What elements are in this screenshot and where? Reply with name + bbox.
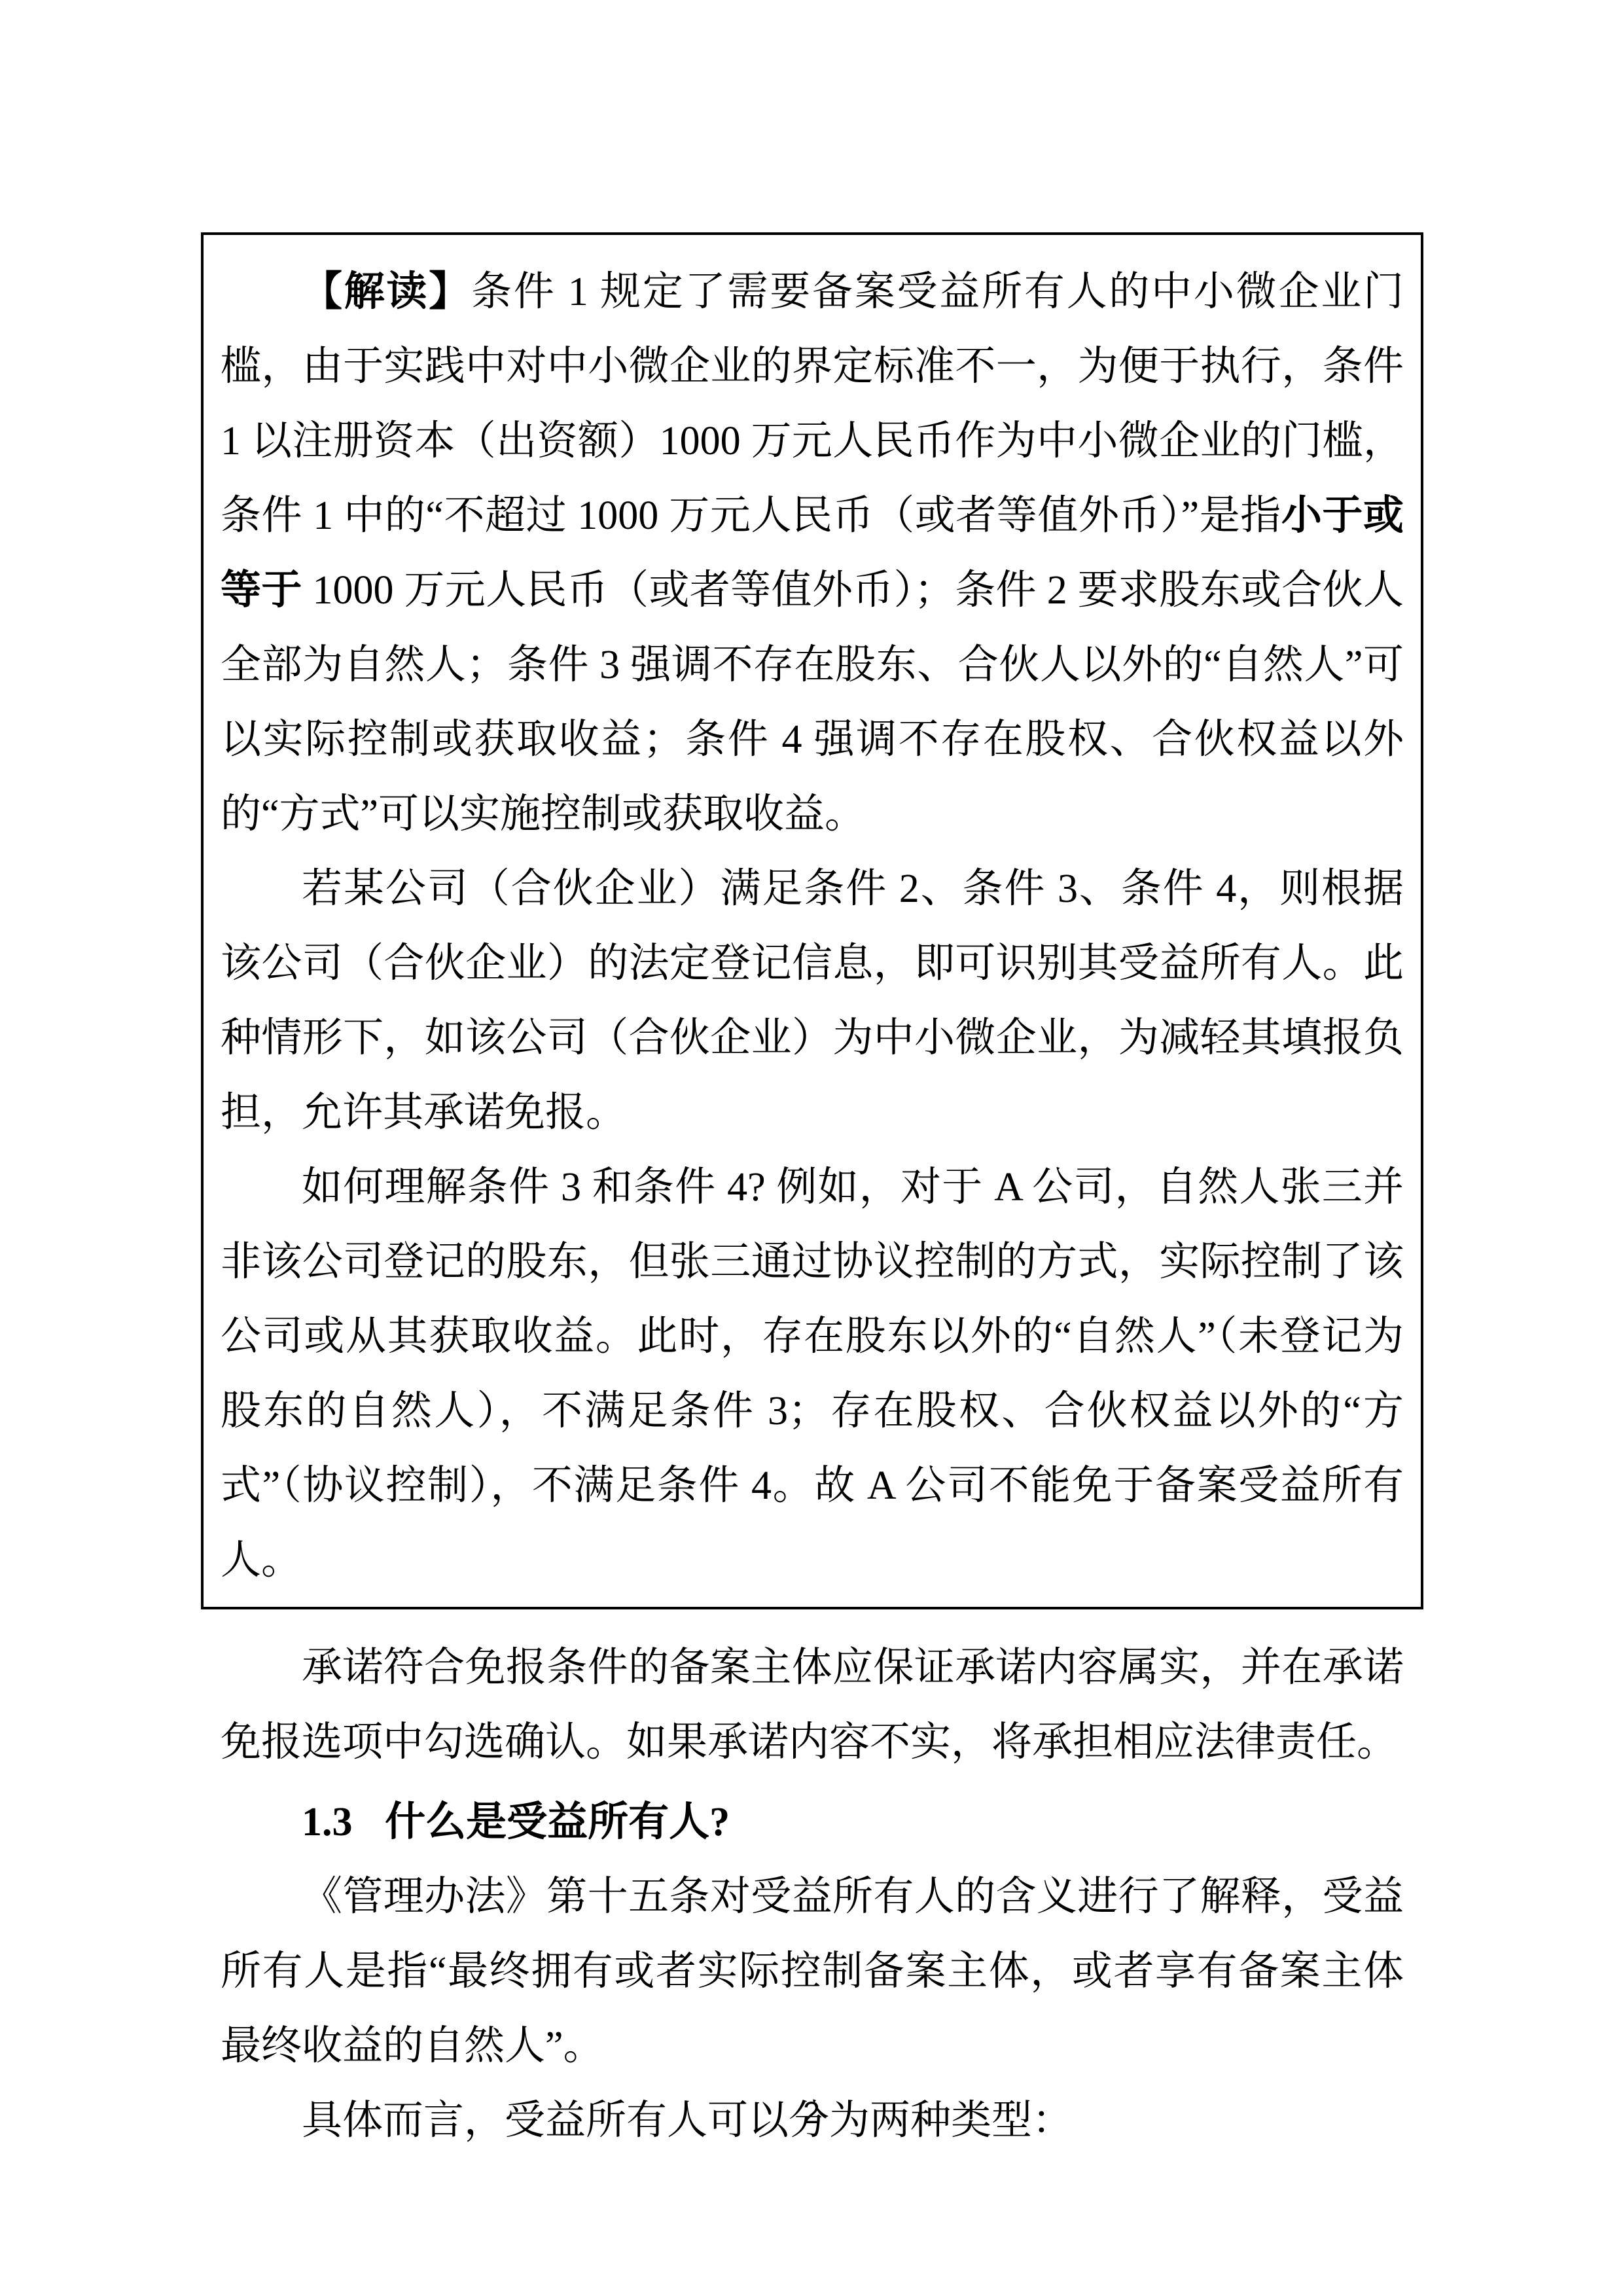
body-text: 承诺符合免报条件的备案主体应保证承诺内容属实，并在承诺免报选项中勾选确认。如果承… (201, 1630, 1423, 2158)
page-number: 2 (0, 2094, 1623, 2130)
page-content: 【解读】条件 1 规定了需要备案受益所有人的中小微企业门槛，由于实践中对中小微企… (201, 232, 1423, 2158)
heading-number: 1.3 (302, 1800, 353, 1844)
section-heading-1-3: 1.3什么是受益所有人? (221, 1785, 1404, 1859)
interpretation-paragraph-3: 如何理解条件 3 和条件 4? 例如，对于 A 公司，自然人张三并非该公司登记的… (221, 1150, 1404, 1598)
interpretation-text-after-bold: 1000 万元人民币（或者等值外币）；条件 2 要求股东或合伙人全部为自然人；条… (221, 568, 1404, 836)
body-paragraph-definition: 《管理办法》第十五条对受益所有人的含义进行了解释，受益所有人是指“最终拥有或者实… (221, 1859, 1404, 2083)
interpretation-box: 【解读】条件 1 规定了需要备案受益所有人的中小微企业门槛，由于实践中对中小微企… (201, 232, 1423, 1609)
interpretation-paragraph-1: 【解读】条件 1 规定了需要备案受益所有人的中小微企业门槛，由于实践中对中小微企… (221, 255, 1404, 852)
body-paragraph-commitment: 承诺符合免报条件的备案主体应保证承诺内容属实，并在承诺免报选项中勾选确认。如果承… (221, 1630, 1404, 1780)
heading-text: 什么是受益所有人? (385, 1800, 730, 1844)
interpretation-paragraph-2: 若某公司（合伙企业）满足条件 2、条件 3、条件 4，则根据该公司（合伙企业）的… (221, 852, 1404, 1150)
document-page: 【解读】条件 1 规定了需要备案受益所有人的中小微企业门槛，由于实践中对中小微企… (0, 0, 1623, 2296)
interpretation-label: 【解读】 (302, 270, 471, 314)
